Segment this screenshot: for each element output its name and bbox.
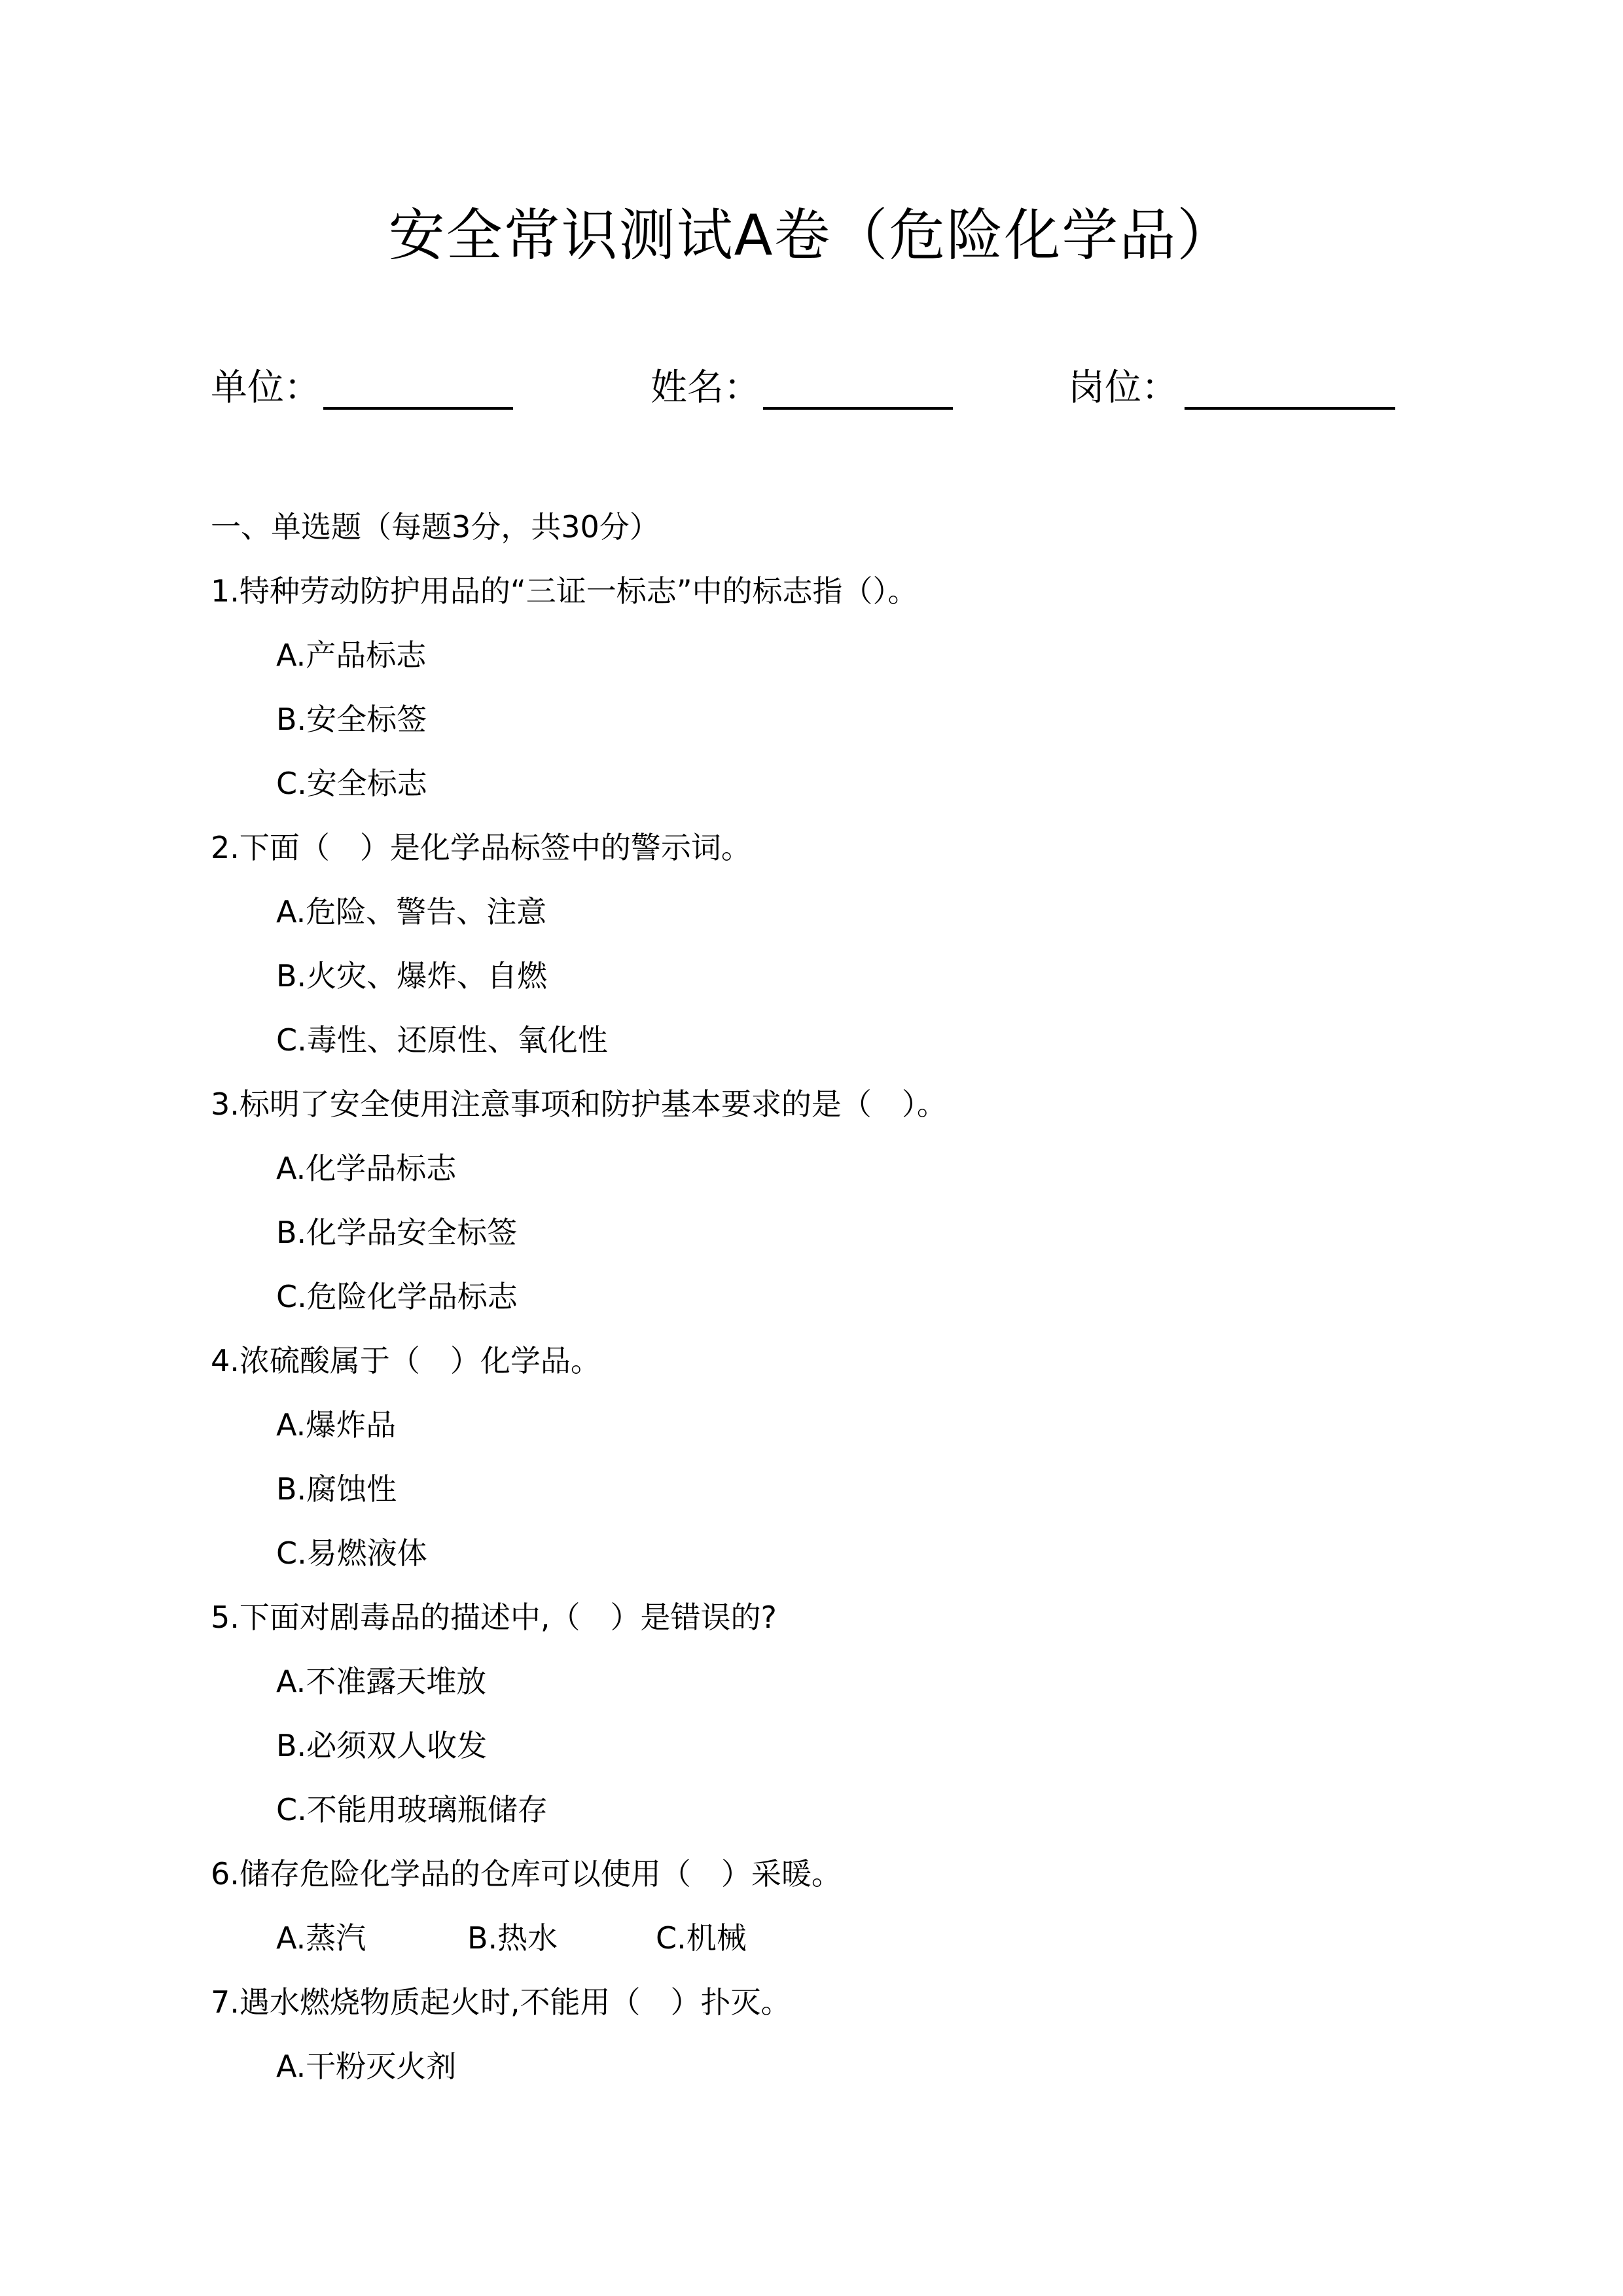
name-blank-input[interactable] [763,407,953,410]
question-6-stem: 6.储存危险化学品的仓库可以使用（ ）采暖。 [211,1851,842,1897]
question-4-option-c[interactable]: C.易燃液体 [276,1530,427,1576]
question-2-option-c[interactable]: C.毒性、还原性、氧化性 [276,1017,608,1063]
position-field: 岗位： [1068,359,1178,418]
question-4-stem: 4.浓硫酸属于（ ）化学品。 [211,1338,601,1384]
question-3-stem: 3.标明了安全使用注意事项和防护基本要求的是（ ）。 [211,1081,947,1127]
question-5-option-a[interactable]: A.不准露天堆放 [276,1659,486,1704]
question-3-option-c[interactable]: C.危险化学品标志 [276,1274,518,1319]
question-1-option-a[interactable]: A.产品标志 [276,632,426,678]
question-6-option-b[interactable]: B.热水 [467,1915,558,1961]
section-header-single-choice: 一、单选题（每题3分，共30分） [211,504,660,550]
document-title: 安全常识测试A卷（危险化学品） [0,196,1623,275]
question-1-stem: 1.特种劳动防护用品的“三证一标志”中的标志指（）。 [211,568,918,614]
unit-label: 单位： [211,359,321,418]
question-1-option-b[interactable]: B.安全标签 [276,696,427,742]
question-3-option-b[interactable]: B.化学品安全标签 [276,1210,517,1255]
name-field: 姓名： [651,359,760,418]
question-7-option-a[interactable]: A.干粉灭火剂 [276,2043,456,2089]
question-4-option-a[interactable]: A.爆炸品 [276,1402,396,1448]
name-label: 姓名： [651,359,760,418]
unit-blank-input[interactable] [323,407,513,410]
question-5-option-b[interactable]: B.必须双人收发 [276,1723,487,1768]
unit-field: 单位： [211,359,321,418]
exam-page: 安全常识测试A卷（危险化学品） 单位： 姓名： 岗位： 一、单选题（每题3分，共… [0,0,1623,2296]
question-2-option-b[interactable]: B.火灾、爆炸、自燃 [276,953,547,999]
question-3-option-a[interactable]: A.化学品标志 [276,1145,456,1191]
question-7-stem: 7.遇水燃烧物质起火时,不能用（ ）扑灭。 [211,1979,791,2025]
question-2-option-a[interactable]: A.危险、警告、注意 [276,889,546,935]
question-6-option-c[interactable]: C.机械 [656,1915,747,1961]
question-5-option-c[interactable]: C.不能用玻璃瓶储存 [276,1787,548,1833]
question-2-stem: 2.下面（ ）是化学品标签中的警示词。 [211,825,751,870]
position-blank-input[interactable] [1185,407,1395,410]
question-5-stem: 5.下面对剧毒品的描述中,（ ）是错误的? [211,1594,777,1640]
question-1-option-c[interactable]: C.安全标志 [276,761,427,806]
question-4-option-b[interactable]: B.腐蚀性 [276,1466,397,1512]
question-6-option-a[interactable]: A.蒸汽 [276,1915,366,1961]
position-label: 岗位： [1068,359,1178,418]
